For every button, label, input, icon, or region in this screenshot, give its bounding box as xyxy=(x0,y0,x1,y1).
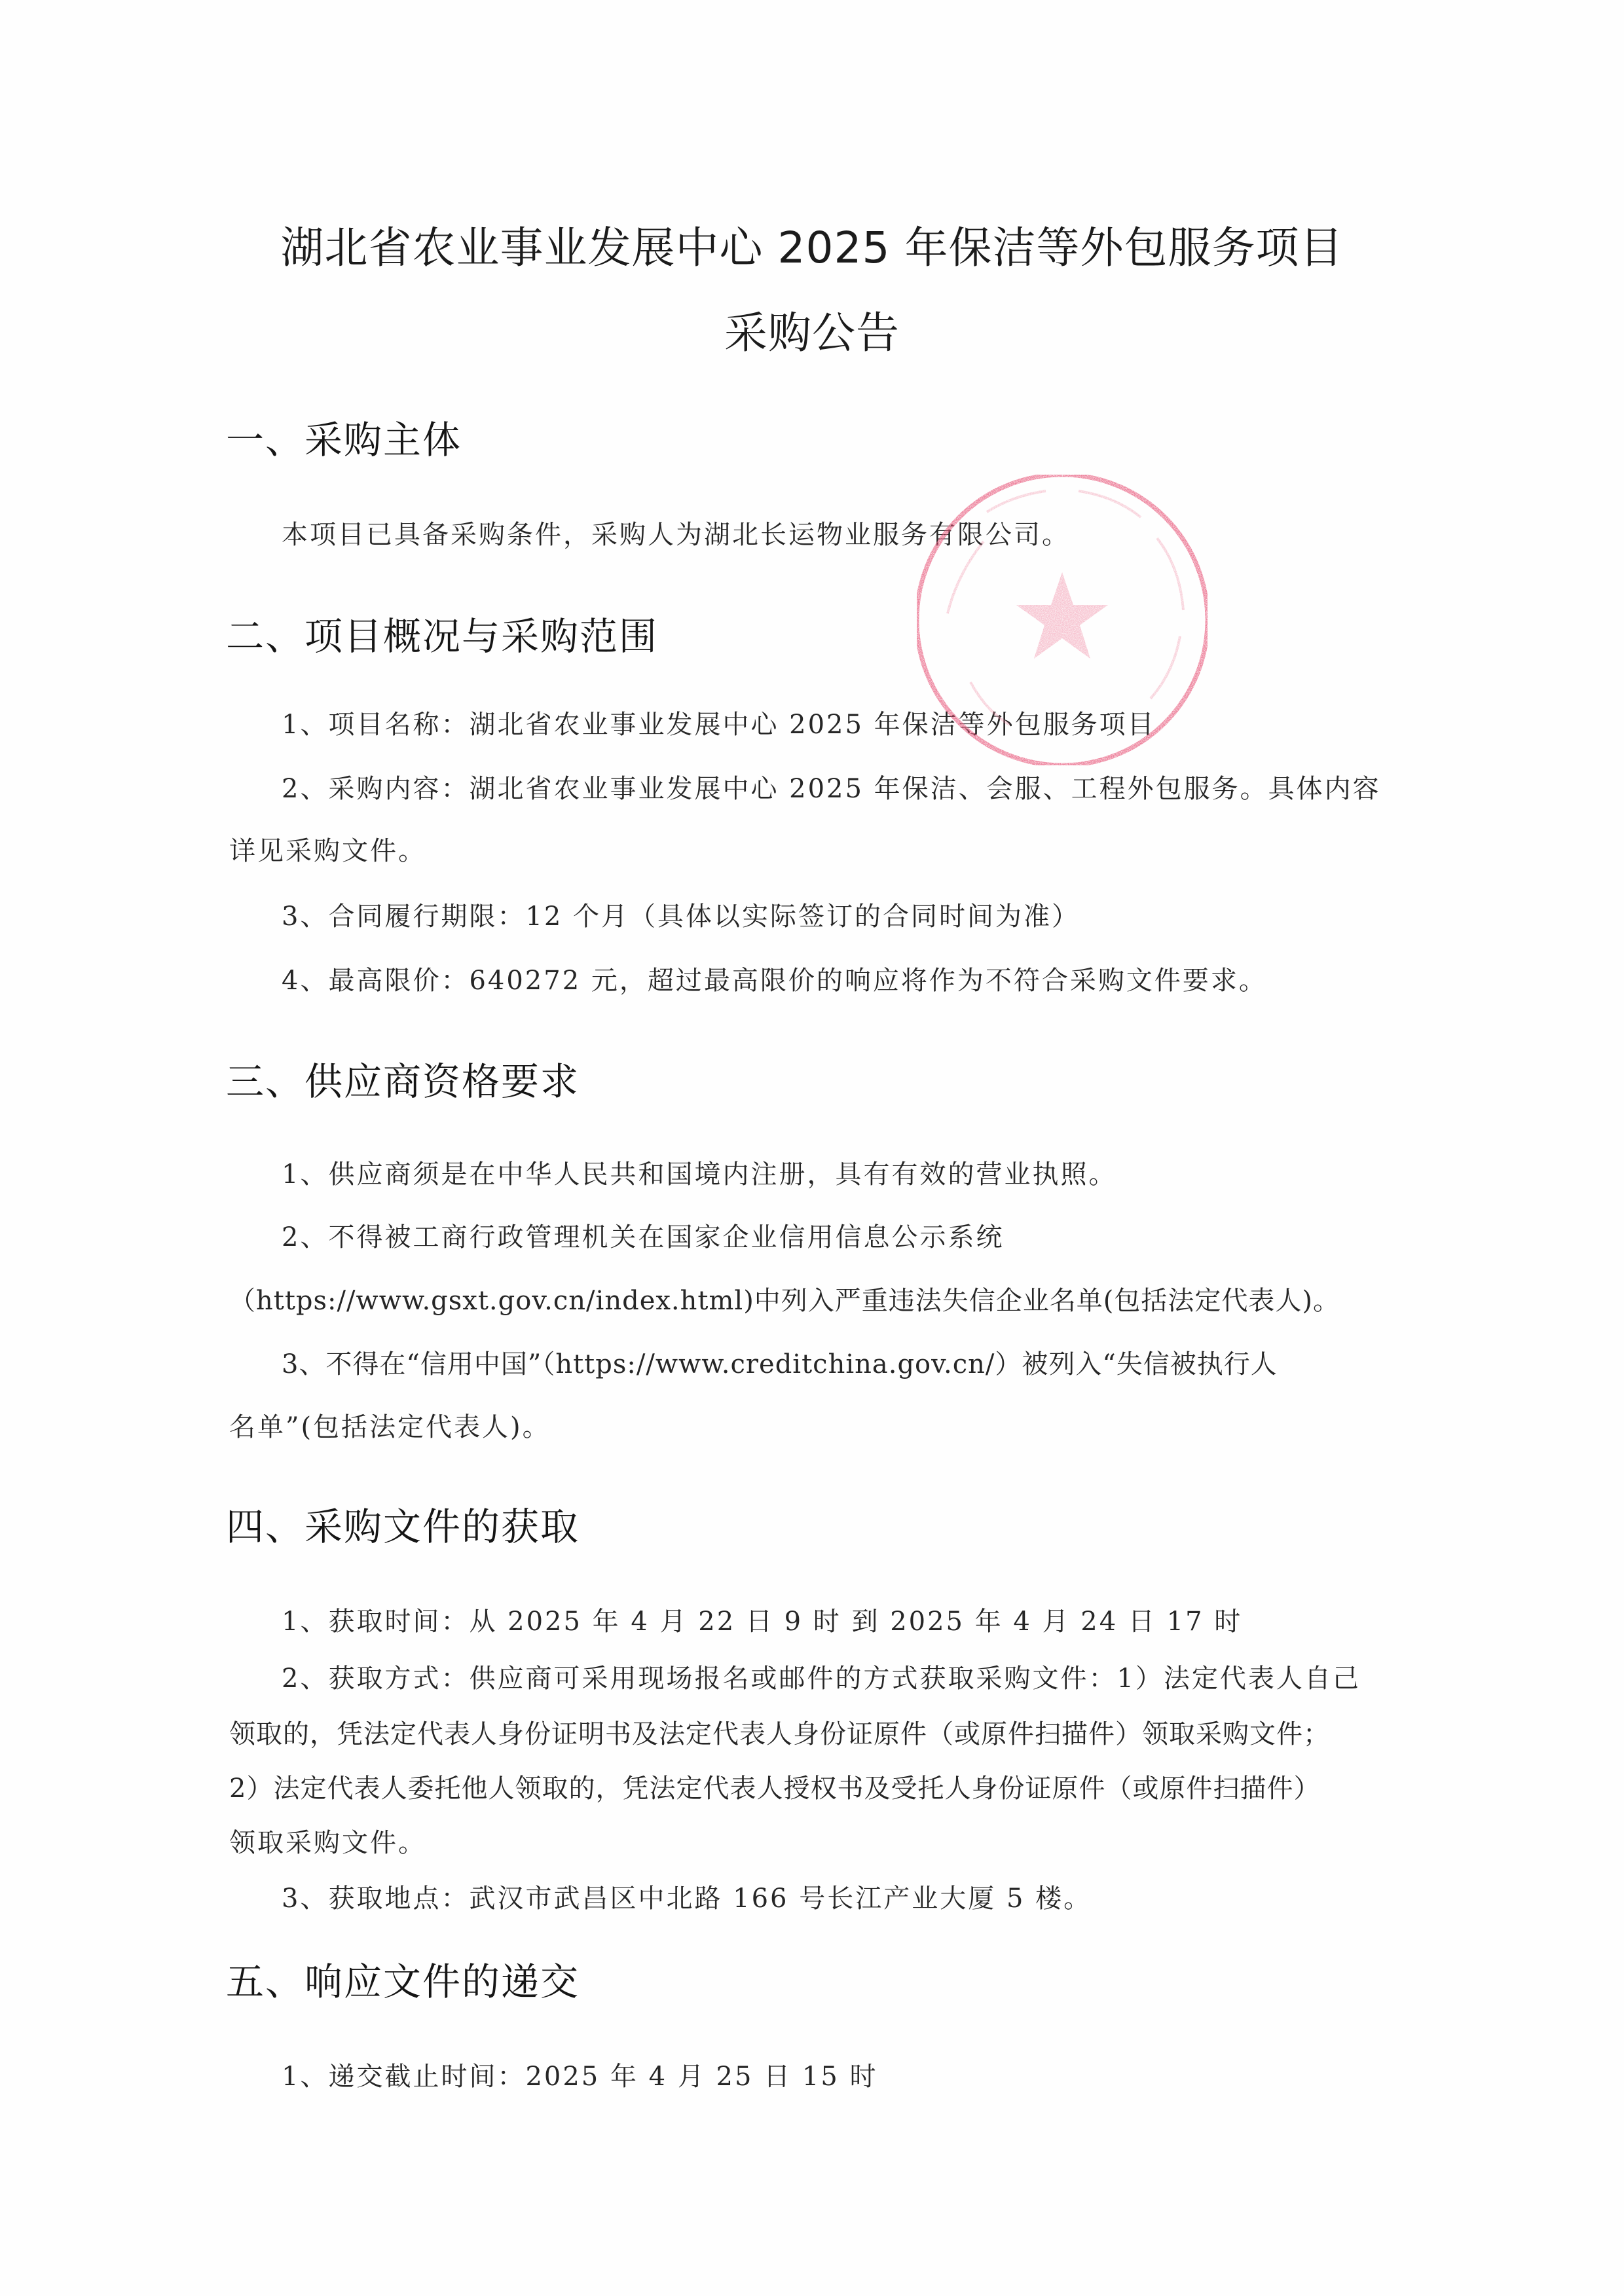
section-2-item-1: 1、项目名称：湖北省农业事业发展中心 2025 年保洁等外包服务项目 xyxy=(282,704,1156,741)
section-heading-1: 一、采购主体 xyxy=(226,409,462,464)
section-2-item-3: 3、合同履行期限：12 个月（具体以实际签订的合同时间为准） xyxy=(282,896,1080,933)
section-heading-5: 五、响应文件的递交 xyxy=(226,1951,580,2006)
section-3-item-3: 3、不得在“信用中国”（https://www.creditchina.gov.… xyxy=(282,1343,1278,1381)
section-4-item-2: 2、获取方式：供应商可采用现场报名或邮件的方式获取采购文件：1）法定代表人自己 xyxy=(282,1658,1361,1695)
document-title-line2: 采购公告 xyxy=(0,298,1624,360)
section-heading-2: 二、项目概况与采购范围 xyxy=(226,606,658,661)
section-4-item-2-cont3: 领取采购文件。 xyxy=(229,1822,426,1859)
section-5-item-1: 1、递交截止时间：2025 年 4 月 25 日 15 时 xyxy=(282,2056,878,2093)
section-4-item-3: 3、获取地点：武汉市武昌区中北路 166 号长江产业大厦 5 楼。 xyxy=(282,1878,1092,1915)
document-title-line1: 湖北省农业事业发展中心 2025 年保洁等外包服务项目 xyxy=(0,213,1624,275)
section-1-paragraph-1: 本项目已具备采购条件，采购人为湖北长运物业服务有限公司。 xyxy=(282,514,1070,551)
section-heading-3: 三、供应商资格要求 xyxy=(226,1051,580,1106)
section-4-item-2-cont1: 领取的，凭法定代表人身份证明书及法定代表人身份证原件（或原件扫描件）领取采购文件… xyxy=(229,1713,1330,1751)
section-2-item-2: 2、采购内容：湖北省农业事业发展中心 2025 年保洁、会服、工程外包服务。具体… xyxy=(282,768,1381,805)
section-2-item-2-cont: 详见采购文件。 xyxy=(229,830,426,867)
section-2-item-4: 4、最高限价：640272 元，超过最高限价的响应将作为不符合采购文件要求。 xyxy=(282,960,1267,997)
section-3-item-2-url: （https://www.gsxt.gov.cn/index.html)中列入严… xyxy=(229,1280,1340,1317)
section-heading-4: 四、采购文件的获取 xyxy=(226,1496,580,1551)
section-3-item-1: 1、供应商须是在中华人民共和国境内注册，具有有效的营业执照。 xyxy=(282,1154,1116,1191)
section-3-item-2: 2、不得被工商行政管理机关在国家企业信用信息公示系统 xyxy=(282,1216,1004,1254)
section-3-item-3-cont: 名单”(包括法定代表人)。 xyxy=(229,1406,551,1444)
document-page: 湖北省农业事业发展中心 2025 年保洁等外包服务项目 采购公告 一、采购主体 … xyxy=(0,0,1624,2296)
section-4-item-1: 1、获取时间：从 2025 年 4 月 22 日 9 时 到 2025 年 4 … xyxy=(282,1601,1242,1638)
section-4-item-2-cont2: 2）法定代表人委托他人领取的，凭法定代表人授权书及受托人身份证原件（或原件扫描件… xyxy=(229,1768,1320,1805)
